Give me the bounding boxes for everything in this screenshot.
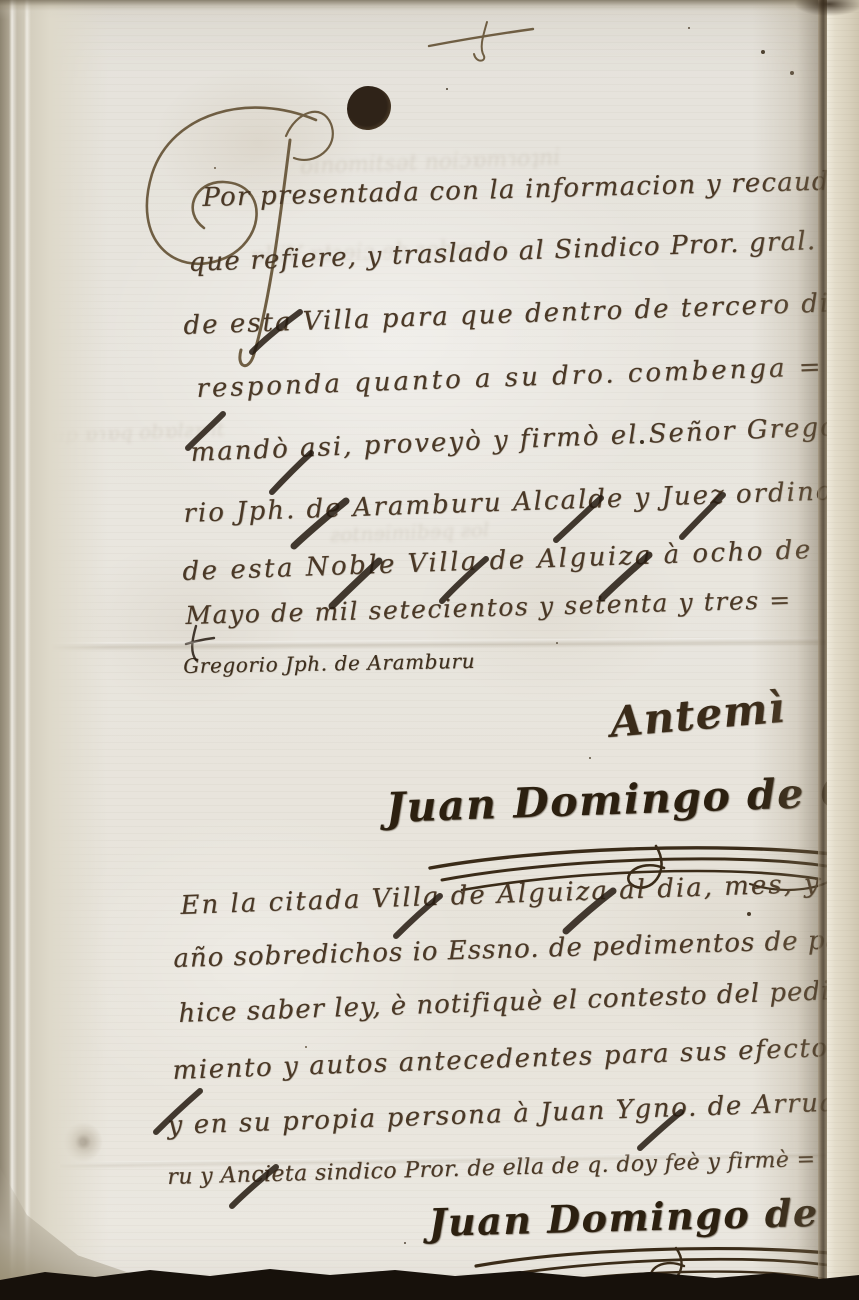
torn-left-edge bbox=[0, 0, 112, 1300]
gutter-shadow bbox=[752, 0, 818, 1300]
binding-gutter bbox=[818, 0, 827, 1300]
top-right-binding-shadow bbox=[780, 0, 859, 34]
manuscript-scan: ​oinomitsət noiɔɒmɿoʇni ɒlliV ɒtɿɘiɔ ɘb … bbox=[0, 0, 859, 1300]
adjacent-page-edge bbox=[827, 0, 859, 1300]
page-top-edge bbox=[0, 0, 859, 20]
